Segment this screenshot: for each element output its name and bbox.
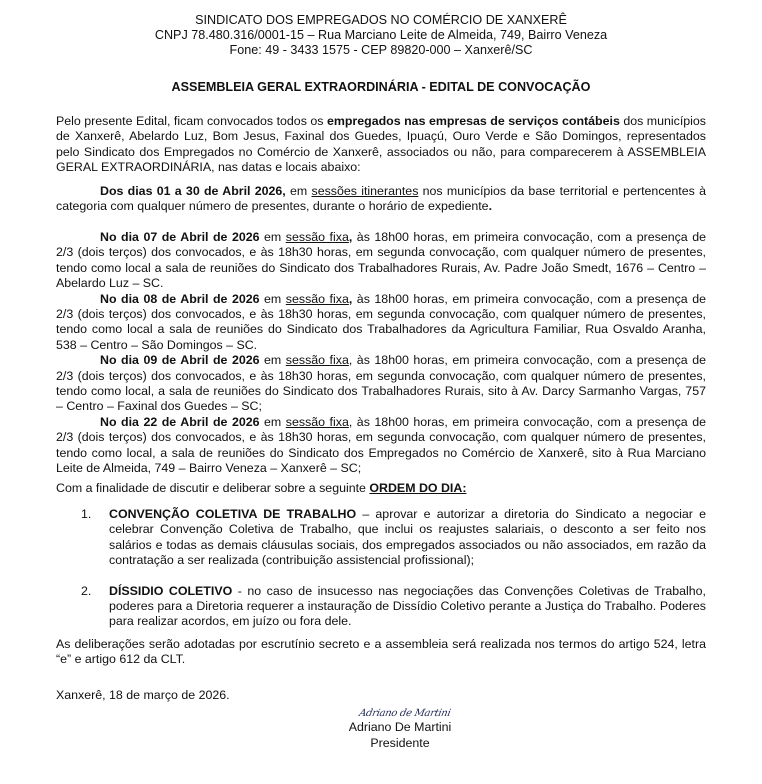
- itinerant-dates: Dos dias 01 a 30 de Abril 2026,: [100, 184, 286, 198]
- intro-paragraph: Pelo presente Edital, ficam convocados t…: [56, 114, 706, 176]
- session-date: No dia 07 de Abril de 2026: [100, 230, 260, 244]
- document-page: SINDICATO DOS EMPREGADOS NO COMÉRCIO DE …: [0, 0, 762, 784]
- org-contact: Fone: 49 - 3433 1575 - CEP 89820-000 – X…: [0, 43, 762, 58]
- agenda-item: 1. CONVENÇÃO COLETIVA DE TRABALHO – apro…: [81, 507, 706, 569]
- itinerant-end: .: [489, 199, 492, 213]
- intro-bold: empregados nas empresas de serviços cont…: [327, 114, 620, 128]
- agenda-item-number: 2.: [81, 584, 109, 630]
- session-date: No dia 22 de Abril de 2026: [100, 415, 260, 429]
- session-type: sessão fixa: [286, 353, 349, 367]
- handwritten-signature: Adriano de Martini: [358, 708, 452, 720]
- session-em: em: [260, 292, 286, 306]
- session-em: em: [260, 353, 286, 367]
- session-date: No dia 09 de Abril de 2026: [100, 353, 260, 367]
- session-type: sessão fixa: [286, 230, 349, 244]
- session-type: sessão fixa: [286, 292, 349, 306]
- agenda-heading: ORDEM DO DIA:: [369, 481, 466, 495]
- agenda-intro: Com a finalidade de discutir e deliberar…: [56, 481, 706, 496]
- signatory-role: Presidente: [330, 736, 470, 751]
- agenda-item-number: 1.: [81, 507, 109, 569]
- agenda-intro-text: Com a finalidade de discutir e deliberar…: [56, 481, 369, 495]
- sessions-block: No dia 07 de Abril de 2026 em sessão fix…: [56, 230, 706, 477]
- place-date: Xanxerê, 18 de março de 2026.: [56, 688, 706, 703]
- org-name: SINDICATO DOS EMPREGADOS NO COMÉRCIO DE …: [0, 13, 762, 28]
- signatory-name: Adriano De Martini: [330, 720, 470, 735]
- date-line: Xanxerê, 18 de março de 2026.: [56, 688, 706, 703]
- itinerant-session-type: sessões itinerantes: [312, 184, 419, 198]
- itinerant-text-1: em: [286, 184, 312, 198]
- intro-text-1: Pelo presente Edital, ficam convocados t…: [56, 114, 327, 128]
- document-title: ASSEMBLEIA GERAL EXTRAORDINÁRIA - EDITAL…: [0, 80, 762, 95]
- session-item: No dia 07 de Abril de 2026 em sessão fix…: [56, 230, 706, 292]
- signature-block: Adriano de Martini Adriano De Martini Pr…: [330, 705, 470, 751]
- session-item: No dia 09 de Abril de 2026 em sessão fix…: [56, 353, 706, 415]
- letterhead: SINDICATO DOS EMPREGADOS NO COMÉRCIO DE …: [0, 13, 762, 58]
- agenda-list: 1. CONVENÇÃO COLETIVA DE TRABALHO – apro…: [56, 507, 706, 630]
- org-address: CNPJ 78.480.316/0001-15 – Rua Marciano L…: [0, 28, 762, 43]
- session-item: No dia 22 de Abril de 2026 em sessão fix…: [56, 415, 706, 477]
- session-em: em: [260, 415, 286, 429]
- agenda-item-title: CONVENÇÃO COLETIVA DE TRABALHO: [109, 507, 356, 521]
- agenda-item-title: DÍSSIDIO COLETIVO: [109, 584, 232, 598]
- deliberation-text: As deliberações serão adotadas por escru…: [56, 637, 706, 668]
- session-em: em: [260, 230, 286, 244]
- agenda-item: 2. DÍSSIDIO COLETIVO - no caso de insuce…: [81, 584, 706, 630]
- deliberation-paragraph: As deliberações serão adotadas por escru…: [56, 637, 706, 668]
- session-item: No dia 08 de Abril de 2026 em sessão fix…: [56, 292, 706, 354]
- itinerant-paragraph: Dos dias 01 a 30 de Abril 2026, em sessõ…: [56, 184, 706, 215]
- session-date: No dia 08 de Abril de 2026: [100, 292, 260, 306]
- session-type: sessão fixa: [286, 415, 349, 429]
